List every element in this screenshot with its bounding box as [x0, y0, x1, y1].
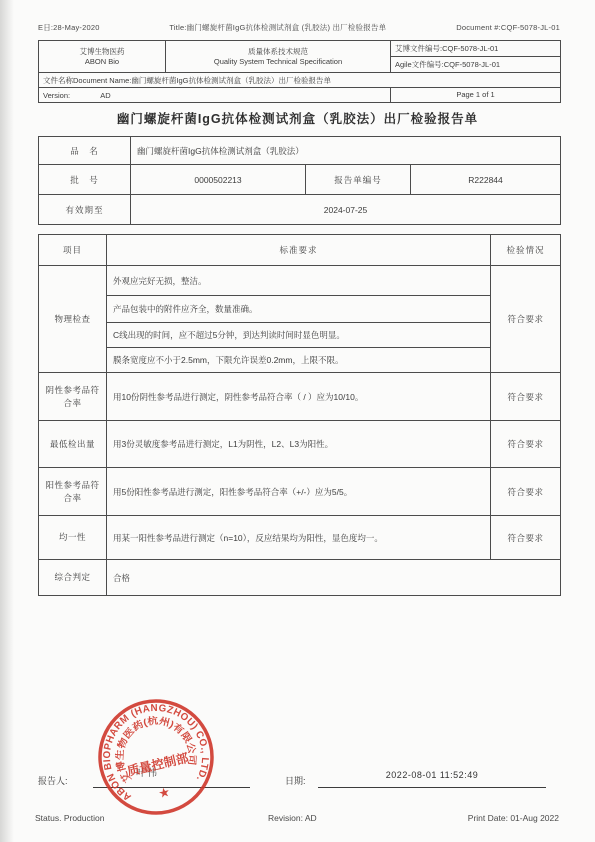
company-cell: 艾博生物医药 ABON Bio	[39, 41, 166, 73]
scanned-report-page: { "page": { "meta_date": "E日:28-May-2020…	[0, 0, 595, 842]
footer-print-date: Print Date: 01-Aug 2022	[468, 813, 559, 823]
reporter-label: 报告人:	[38, 774, 68, 787]
requirement-strip-width: 膜条宽度应不小于2.5mm，下限允许误差0.2mm，上限不限。	[107, 348, 491, 373]
requirement-uniformity: 用某一阳性参考品进行测定（n=10），反应结果均为阳性，显色度均一。	[107, 516, 491, 560]
column-header-result: 检验情况	[491, 235, 561, 266]
table-row: 最低检出量 用3份灵敏度参考品进行测定，L1为阴性，L2、L3为阳性。 符合要求	[39, 421, 561, 468]
table-row: 产品包装中的附件应齐全，数量准确。	[39, 296, 561, 323]
meta-effective-date: E日:28-May-2020	[38, 22, 100, 33]
conclusion-value: 合格	[107, 560, 561, 596]
result-physical-check: 符合要求	[491, 266, 561, 373]
requirement-appearance: 外观应完好无损，整洁。	[107, 266, 491, 296]
product-name-value: 幽门螺旋杆菌IgG抗体检测试剂盒（乳胶法）	[131, 137, 561, 165]
company-name-cn: 艾博生物医药	[43, 47, 161, 56]
file-number-abon: 艾博文件编号:CQF-5078-JL-01	[391, 41, 561, 57]
column-header-requirement: 标准要求	[107, 235, 491, 266]
spec-cell: 质量体系技术规范 Quality System Technical Specif…	[166, 41, 391, 73]
table-row: 阳性参考品符合率 用5份阳性参考品进行测定，阳性参考品符合率（+/-）应为5/5…	[39, 468, 561, 516]
footer-status: Status. Production	[35, 813, 104, 823]
column-header-item: 项目	[39, 235, 107, 266]
table-row: C线出现的时间，应不超过5分钟，到达判读时间时显色明显。	[39, 323, 561, 348]
result-positive-reference: 符合要求	[491, 468, 561, 516]
spec-title-en: Quality System Technical Specification	[170, 57, 386, 66]
table-row: 综合判定 合格	[39, 560, 561, 596]
version-cell: Version: AD	[39, 88, 391, 103]
company-name-en: ABON Bio	[43, 57, 161, 66]
conclusion-label: 综合判定	[39, 560, 107, 596]
expiry-value: 2024-07-25	[131, 195, 561, 225]
expiry-label: 有效期至	[39, 195, 131, 225]
requirement-negative-reference: 用10份阴性参考品进行测定，阴性参考品符合率（ / ）应为10/10。	[107, 373, 491, 421]
product-name-label: 品 名	[39, 137, 131, 165]
result-uniformity: 符合要求	[491, 516, 561, 560]
item-detection-limit: 最低检出量	[39, 421, 107, 468]
result-negative-reference: 符合要求	[491, 373, 561, 421]
meta-document-number: Document #:CQF-5078-JL-01	[456, 23, 560, 32]
stamp-seal-icon: ABON BIOPHARM (HANGZHOU) CO., LTD. 艾博生物医…	[84, 685, 228, 829]
item-uniformity: 均一性	[39, 516, 107, 560]
stamp-star-icon: ★	[157, 784, 172, 801]
requirement-accessories: 产品包装中的附件应齐全，数量准确。	[107, 296, 491, 323]
requirement-positive-reference: 用5份阳性参考品进行测定，阳性参考品符合率（+/-）应为5/5。	[107, 468, 491, 516]
meta-title: Title:幽门螺旋杆菌IgG抗体检测试剂盒 (乳胶法) 出厂检验报告单	[169, 22, 386, 33]
requirement-c-line: C线出现的时间，应不超过5分钟，到达判读时间时显色明显。	[107, 323, 491, 348]
page-info-cell: Page 1 of 1	[391, 88, 561, 103]
document-header-table: 艾博生物医药 ABON Bio 质量体系技术规范 Quality System …	[38, 40, 561, 103]
version-value: AD	[100, 91, 110, 100]
result-detection-limit: 符合要求	[491, 421, 561, 468]
product-info-table: 品 名 幽门螺旋杆菌IgG抗体检测试剂盒（乳胶法） 批 号 0000502213…	[38, 136, 561, 225]
item-negative-reference: 阴性参考品符合率	[39, 373, 107, 421]
version-label: Version:	[43, 91, 70, 100]
file-number-agile: Agile文件编号:CQF-5078-JL-01	[391, 57, 561, 73]
report-number-label: 报告单编号	[306, 165, 411, 195]
table-row: 均一性 用某一阳性参考品进行测定（n=10），反应结果均为阳性，显色度均一。 符…	[39, 516, 561, 560]
document-name-cell: 文件名称Document Name:幽门螺旋杆菌IgG抗体检测试剂盒（乳胶法）出…	[39, 73, 561, 88]
footer-revision: Revision: AD	[268, 813, 317, 823]
item-physical-check: 物理检查	[39, 266, 107, 373]
report-number-value: R222844	[411, 165, 561, 195]
date-label: 日期:	[285, 774, 306, 787]
spec-title-cn: 质量体系技术规范	[170, 47, 386, 56]
requirement-detection-limit: 用3份灵敏度参考品进行测定，L1为阴性，L2、L3为阳性。	[107, 421, 491, 468]
table-row: 物理检查 外观应完好无损，整洁。 符合要求	[39, 266, 561, 296]
lot-number-value: 0000502213	[131, 165, 306, 195]
top-meta-line: E日:28-May-2020 Title:幽门螺旋杆菌IgG抗体检测试剂盒 (乳…	[38, 22, 560, 33]
report-title: 幽门螺旋杆菌IgG抗体检测试剂盒（乳胶法）出厂检验报告单	[0, 109, 595, 127]
table-row: 膜条宽度应不小于2.5mm，下限允许误差0.2mm，上限不限。	[39, 348, 561, 373]
qc-department-stamp: ABON BIOPHARM (HANGZHOU) CO., LTD. 艾博生物医…	[84, 685, 228, 829]
stamp-center-text: 质量控制部	[126, 750, 191, 779]
inspection-table: 项目 标准要求 检验情况 物理检查 外观应完好无损，整洁。 符合要求 产品包装中…	[38, 234, 561, 596]
item-positive-reference: 阳性参考品符合率	[39, 468, 107, 516]
table-row: 阴性参考品符合率 用10份阴性参考品进行测定，阴性参考品符合率（ / ）应为10…	[39, 373, 561, 421]
lot-number-label: 批 号	[39, 165, 131, 195]
report-date-value: 2022-08-01 11:52:49	[318, 770, 546, 788]
